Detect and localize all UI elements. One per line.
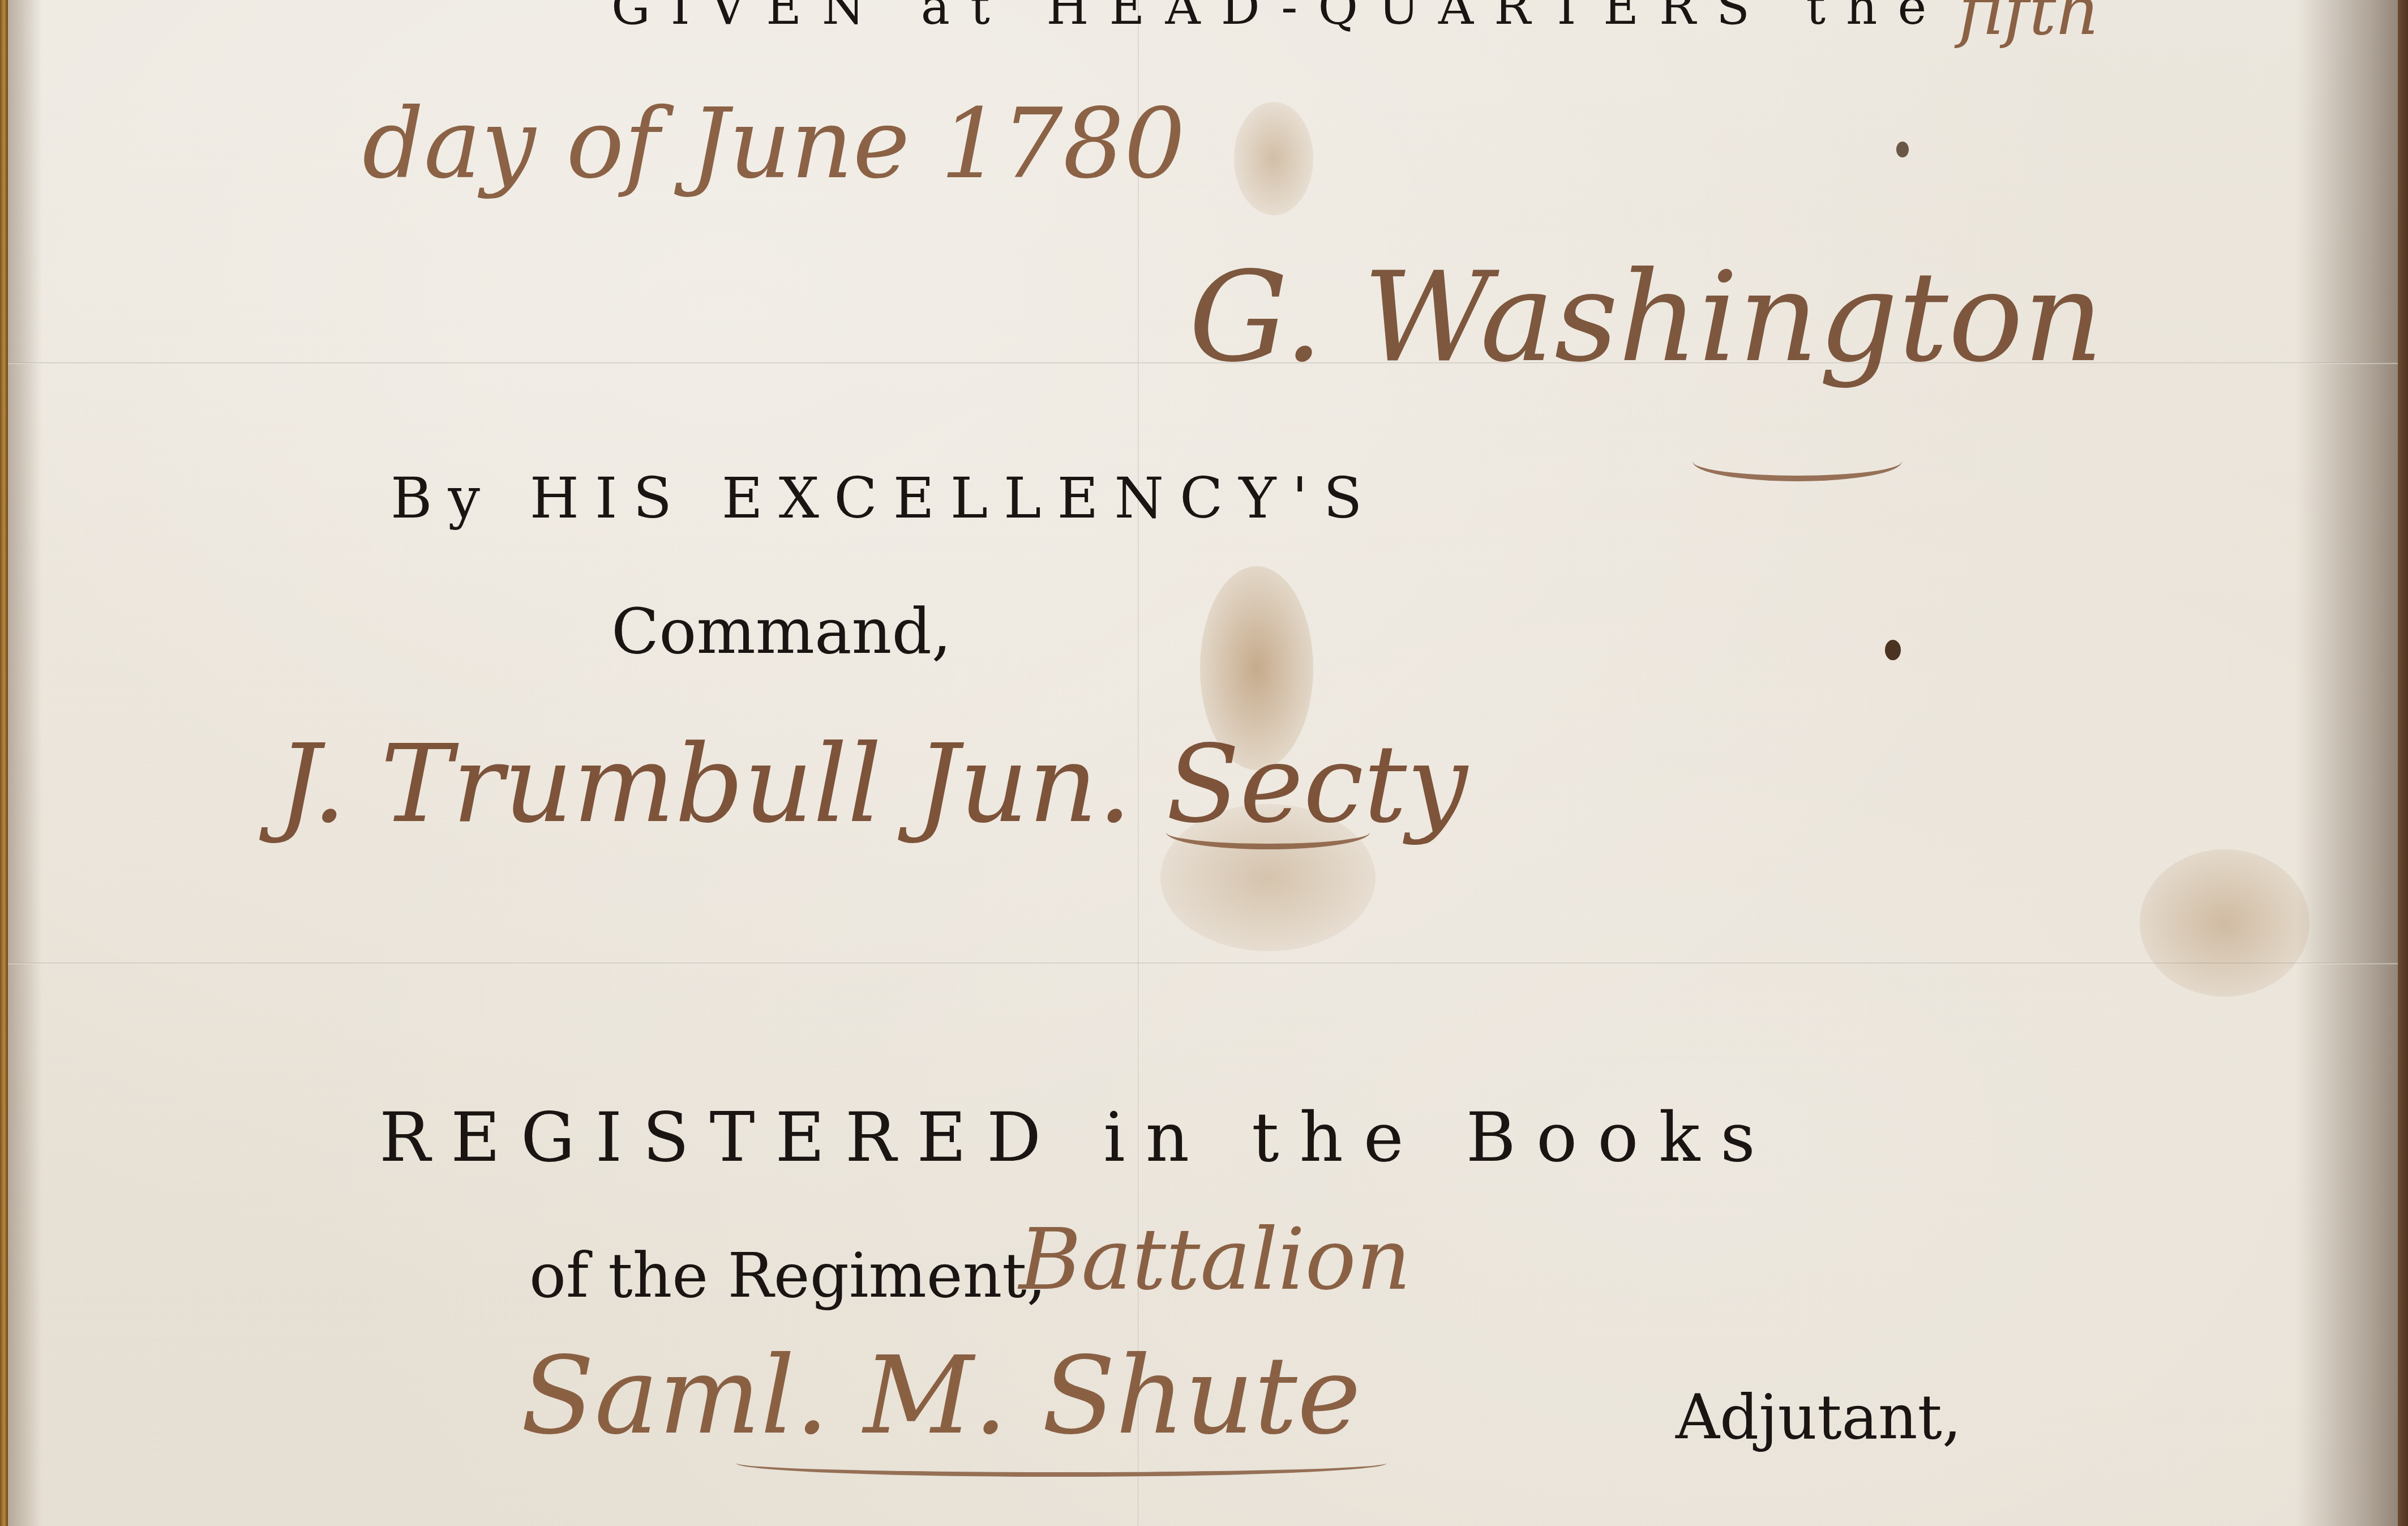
frame-shadow-left	[8, 0, 42, 1526]
of-the-regiment-text: of the Regiment,	[529, 1246, 1046, 1307]
handwritten-battalion: Battalion	[1019, 1217, 1411, 1302]
adjutant-flourish	[736, 1450, 1387, 1477]
frame-left-edge	[0, 0, 8, 1526]
ink-spot	[1885, 640, 1901, 660]
shute-signature: Saml. M. Shute	[521, 1342, 1361, 1450]
frame-right-edge	[2398, 0, 2408, 1526]
by-his-excellency-text: By HIS EXCELLENCY'S	[391, 470, 1378, 527]
signature-flourish	[1693, 442, 1902, 481]
adjutant-text: Adjutant,	[1676, 1387, 1961, 1448]
fold-line-lower	[8, 963, 2398, 964]
washington-signature: G. Washington	[1189, 255, 2103, 379]
handwritten-day: fifth	[1959, 0, 2100, 45]
water-stain-right	[2140, 849, 2310, 997]
given-at-headquarters-text: GIVEN at HEAD-QUARTERS the	[611, 0, 1947, 32]
command-text: Command,	[611, 600, 952, 662]
handwritten-date: day of June 1780	[362, 96, 1185, 193]
frame-shadow-right	[2296, 0, 2398, 1526]
registered-text: REGISTERED in the Books	[379, 1104, 1776, 1172]
ink-spot-top	[1896, 142, 1909, 157]
secretary-flourish	[1166, 815, 1370, 849]
water-stain-top	[1234, 102, 1313, 215]
